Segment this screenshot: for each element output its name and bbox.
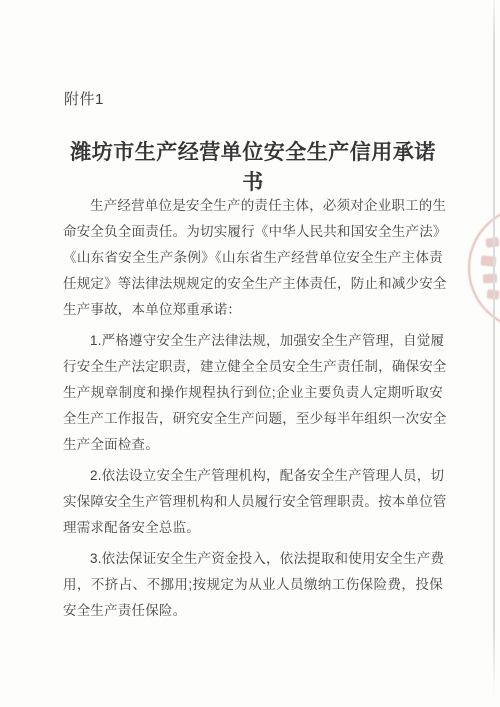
text-line: 生产规章制度和操作规程执行到位;企业主要负责人定期听取安	[63, 380, 443, 406]
scanned-document-page: 附件1 潍坊市生产经营单位安全生产信用承诺书 生产经营单位是安全生产的责任主体，…	[0, 0, 500, 707]
official-red-seal-icon	[468, 206, 500, 330]
text-line: 命安全负全面责任。为切实履行《中华人民共和国安全生产法》	[63, 219, 443, 245]
text-line: 任规定》等法律法规规定的安全生产主体责任，防止和减少安全	[63, 271, 443, 297]
text-line: 生产全面检查。	[63, 432, 443, 458]
text-line: 生产事故，本单位郑重承诺：	[63, 297, 443, 323]
document-body: 生产经营单位是安全生产的责任主体，必须对企业职工的生 命安全负全面责任。为切实履…	[63, 193, 443, 624]
paragraph-intro: 生产经营单位是安全生产的责任主体，必须对企业职工的生 命安全负全面责任。为切实履…	[63, 193, 443, 323]
text-line: 实保障安全生产管理机构和人员履行安全管理职责。按本单位管	[63, 489, 443, 515]
paragraph-item-3: 3.依法保证安全生产资金投入，依法提取和使用安全生产费 用，不挤占、不挪用;按规…	[63, 546, 443, 624]
paragraph-item-2: 2.依法设立安全生产管理机构，配备安全生产管理人员，切 实保障安全生产管理机构和…	[63, 463, 443, 541]
text-line: 2.依法设立安全生产管理机构，配备安全生产管理人员，切	[63, 463, 443, 489]
page-edge-shadow	[493, 0, 495, 697]
text-line: 安全生产责任保险。	[63, 598, 443, 624]
text-line: 理需求配备安全总监。	[63, 515, 443, 541]
text-line: 1.严格遵守安全生产法律法规，加强安全生产管理，自觉履	[63, 328, 443, 354]
attachment-label: 附件1	[64, 88, 104, 109]
text-line: 《山东省安全生产条例》《山东省生产经营单位安全生产主体责	[63, 245, 443, 271]
text-line: 全生产工作报告，研究安全生产问题，至少每半年组织一次安全	[63, 406, 443, 432]
paragraph-item-1: 1.严格遵守安全生产法律法规，加强安全生产管理，自觉履 行安全生产法定职责，建立…	[63, 328, 443, 458]
seal-mark	[483, 274, 498, 284]
text-line: 用，不挤占、不挪用;按规定为从业人员缴纳工伤保险费，投保	[63, 572, 443, 598]
text-line: 3.依法保证安全生产资金投入，依法提取和使用安全生产费	[63, 546, 443, 572]
seal-ring	[468, 206, 500, 330]
text-line: 生产经营单位是安全生产的责任主体，必须对企业职工的生	[63, 193, 443, 219]
document-title: 潍坊市生产经营单位安全生产信用承诺书	[63, 136, 443, 196]
text-line: 行安全生产法定职责，建立健全全员安全生产责任制，确保安全	[63, 354, 443, 380]
